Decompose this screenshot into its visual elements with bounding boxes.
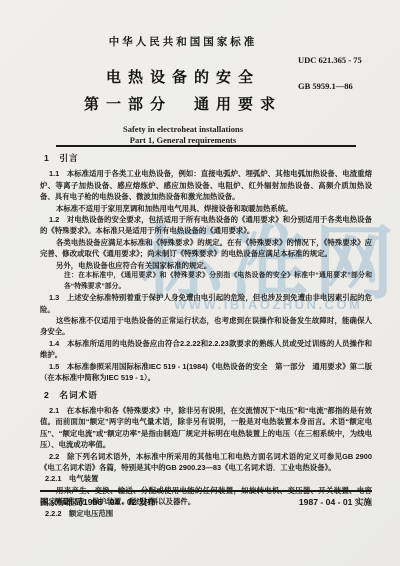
title-chinese-line2: 第一部分 通用要求 [40,93,326,114]
standard-document-page: 标准网 WWW.IBIAOZHUN.COM 中华人民共和国国家标准 电热设备的安… [0,0,400,566]
clause-2-1: 2.1 在本标准中和各《特殊要求》中，除非另有说明，在交流情况下“电压”和“电流… [40,405,372,451]
standard-codes: UDC 621.365 - 75 GB 5959.1—86 [298,55,400,91]
clause-1-2-footnote: 注：在本标准中，《通用要求》和《特殊要求》分别指《电热设备的安全》标准中“通用要… [40,271,372,292]
header-title-block: 中华人民共和国国家标准 电热设备的安全 第一部分 通用要求 Safety in … [40,34,326,146]
document-body: 1 引言 1.1 本标准适用于各类工业电热设备，例如：直接电弧炉、埋弧炉、其他电… [40,153,372,519]
clause-1-2-para2: 各类电热设备应满足本标准和《特殊要求》的规定。在有《特殊要求》的情况下，《特殊要… [40,237,372,260]
section-1-heading: 1 引言 [44,153,372,164]
section-2-heading: 2 名词术语 [44,390,372,401]
gb-code: GB 5959.1—86 [298,81,400,91]
document-header: 中华人民共和国国家标准 电热设备的安全 第一部分 通用要求 Safety in … [40,34,372,146]
clause-1-3-para2: 这些标准不仅适用于电热设备的正常运行状态，也考虑到在误操作和设备发生故障时，能确… [40,315,372,338]
document-footer: 国家标准局1986 - 04 - 02 发布 1987 - 04 - 01 实施 [40,490,372,508]
title-english-line1: Safety in electroheat installations [40,124,326,135]
footer-issued-date: 国家标准局1986 - 04 - 02 发布 [40,496,156,508]
footer-implemented-date: 1987 - 04 - 01 实施 [299,496,372,508]
header-divider [56,145,356,147]
title-english: Safety in electroheat installations Part… [40,124,326,146]
clause-1-5: 1.5 本标准参照采用国际标准IEC 519 - 1(1984)《电热设备的安全… [40,361,372,384]
udc-code: UDC 621.365 - 75 [298,55,400,65]
clause-1-2: 1.2 对电热设备的安全要求，包括适用于所有电热设备的《通用要求》和分别适用于各… [40,214,372,237]
clause-2-2-2-heading: 2.2.2 额定电压范围 [40,508,372,519]
clause-1-2-para3: 另外，电热设备也应符合有关国家标准的规定。 [40,260,372,271]
clause-1-1: 1.1 本标准适用于各类工业电热设备，例如：直接电弧炉、埋弧炉、其他电弧加热设备… [40,168,372,202]
clause-1-4: 1.4 本标准所适用的电热设备应由符合2.2.22和2.2.23款要求的熟练人员… [40,338,372,361]
clause-1-1-note: 本标准不适用于家用烹调和加热用电气用具、焊接设备和取暖加热系统。 [40,203,372,214]
national-standard-label: 中华人民共和国国家标准 [40,34,326,49]
clause-2-2: 2.2 除下列名词术语外，本标准中所采用的其他电工和电热方面名词术语的定义可参见… [40,451,372,474]
clause-2-2-1-heading: 2.2.1 电气装置 [40,473,372,484]
title-chinese-line1: 电热设备的安全 [40,66,326,87]
clause-1-3: 1.3 上述安全标准特别着重于保护人身免遭由电引起的危险，但也涉及到免遭由非电因… [40,292,372,315]
